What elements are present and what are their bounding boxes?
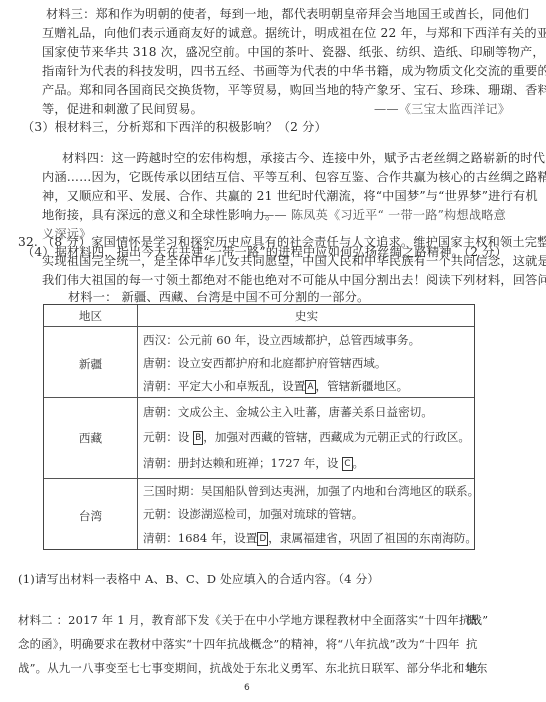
fact-line: 元朝：设澎湖巡检司，加强对琉球的管辖。 <box>143 506 363 522</box>
question-3: （3）根材料三，分析郑和下西洋的积极影响？（2 分） <box>22 119 327 135</box>
question-32-line: 我们伟大祖国的每一寸领土都绝对不能也绝对不可能从中国分割出去！阅读下列材料，回答… <box>42 272 546 288</box>
material-2-line: 材料二 ：2017 年 1 月，教育部下发《关于在中小学地方课程教材中全面落实“… <box>18 612 488 628</box>
blank-b[interactable]: B <box>193 431 203 445</box>
question-32-line: 实现祖国完全统一，是全体中华儿女共同愿望，中国人民和中华民族有一个共同信念，这就… <box>42 253 546 269</box>
region-xinjiang: 新疆 <box>44 357 137 371</box>
question-32-line: （8 分）家国情怀是学习和探究历史应具有的社会责任与人文追求。维护国家主权和领土… <box>42 234 546 250</box>
fact-line: 三国时期：吴国船队曾到达夷洲，加强了内地和台湾地区的联系。 <box>143 483 479 499</box>
row-divider <box>44 478 474 479</box>
material-3-line: 互赠礼品，向他们表示通商友好的诚意。据统计，明成祖在位 22 年，与郑和下西洋有… <box>42 25 546 41</box>
fact-line: 清朝：册封达赖和班禅；1727 年，设 C。 <box>143 455 364 471</box>
fact-line: 唐朝：文成公主、金城公主入吐蕃，唐蕃关系日益密切。 <box>143 404 433 420</box>
material-3-source: ——《三宝太监西洋记》 <box>374 101 510 117</box>
fact-line: 元朝：设 B，加强对西藏的管辖，西藏成为元朝正式的行政区。 <box>143 429 470 445</box>
material-3-line: 材料三：郑和作为明朝的使者，每到一地，都代表明朝皇帝拜会当地国王或酋长，同他们 <box>46 6 529 22</box>
row-divider <box>44 397 474 398</box>
header-region: 地区 <box>44 309 137 323</box>
fact-line: 西汉：公元前 60 年，设立西域都护，总管西域事务。 <box>143 332 420 348</box>
material-4-source: —— 陈凤英《习近平“ 一带一路”构想战略意 <box>262 207 506 223</box>
question-number: 32. <box>18 234 38 250</box>
row-divider <box>44 326 474 327</box>
material-2-line-tail: 抗 <box>466 636 478 652</box>
material-3-line: 等，促进和刺激了民间贸易。 <box>42 101 203 117</box>
material-2-line-tail: 地 <box>466 660 478 676</box>
history-facts-table: 地区 史实 新疆 西汉：公元前 60 年，设立西域都护，总管西域事务。 唐朝：设… <box>43 304 475 550</box>
blank-d[interactable]: D <box>257 532 268 546</box>
fact-line: 清朝：平定大小和卓叛乱，设置A，管辖新疆地区。 <box>143 378 408 394</box>
region-taiwan: 台湾 <box>44 509 137 523</box>
material-3-line: 产品。郑和同各国商民交换货物，平等贸易，购回当地的特产象牙、宝石、珍珠、珊瑚、香… <box>42 82 546 98</box>
material-3-line: 指南针为代表的科技发明，四书五经、书画等为代表的中华书籍，成为物质文化交流的重要… <box>42 63 546 79</box>
question-1: (1)请写出材料一表格中 A、B、C、D 处应填入的合适内容。（4 分） <box>18 571 379 587</box>
material-4-line: 神，又顺应和平、发展、合作、共赢的 21 世纪时代潮流，将“中国梦”与“世界梦”… <box>42 188 538 204</box>
material-2-line: 战”。从九一八事变至七七事变期间，抗战处于东北义勇军、东北抗日联军、部分华北和华… <box>18 660 488 676</box>
fact-line: 清朝：1684 年，设置D，隶属福建省，巩固了祖国的东南海防。 <box>143 530 477 546</box>
material-2-line-tail: 概 <box>466 612 478 628</box>
fact-line: 唐朝：设立安西都护府和北庭都护府管辖西域。 <box>143 355 386 371</box>
blank-a[interactable]: A <box>305 380 315 394</box>
blank-c[interactable]: C <box>342 457 352 471</box>
header-facts: 史实 <box>137 309 476 323</box>
material-1-statement: 材料一： 新疆、西藏、台湾是中国不可分割的一部分。 <box>68 289 369 305</box>
region-tibet: 西藏 <box>44 431 137 445</box>
page-number: 6 <box>244 683 250 693</box>
material-2-line: 念的函》，明确要求在教材中落实“十四年抗战概念”的精神，将“八年抗战”改为“十四… <box>18 636 460 652</box>
material-4-line: 材料四：这一跨越时空的宏伟构想，承接古今、连接中外，赋予古老丝绸之路崭新的时代 <box>62 150 545 166</box>
material-3-line: 国家使节来华共 318 次，盛况空前。中国的茶叶、瓷器、纸张、纺织、造纸、印刷等… <box>42 44 546 60</box>
material-4-line: 地衔接，具有深远的意义和全球性影响力。 <box>42 207 277 223</box>
material-4-line: 内涵……因为，它既传承以团结互信、平等互利、包容互鉴、合作共赢为核心的古丝绸之路… <box>42 169 546 185</box>
column-divider <box>137 305 138 549</box>
